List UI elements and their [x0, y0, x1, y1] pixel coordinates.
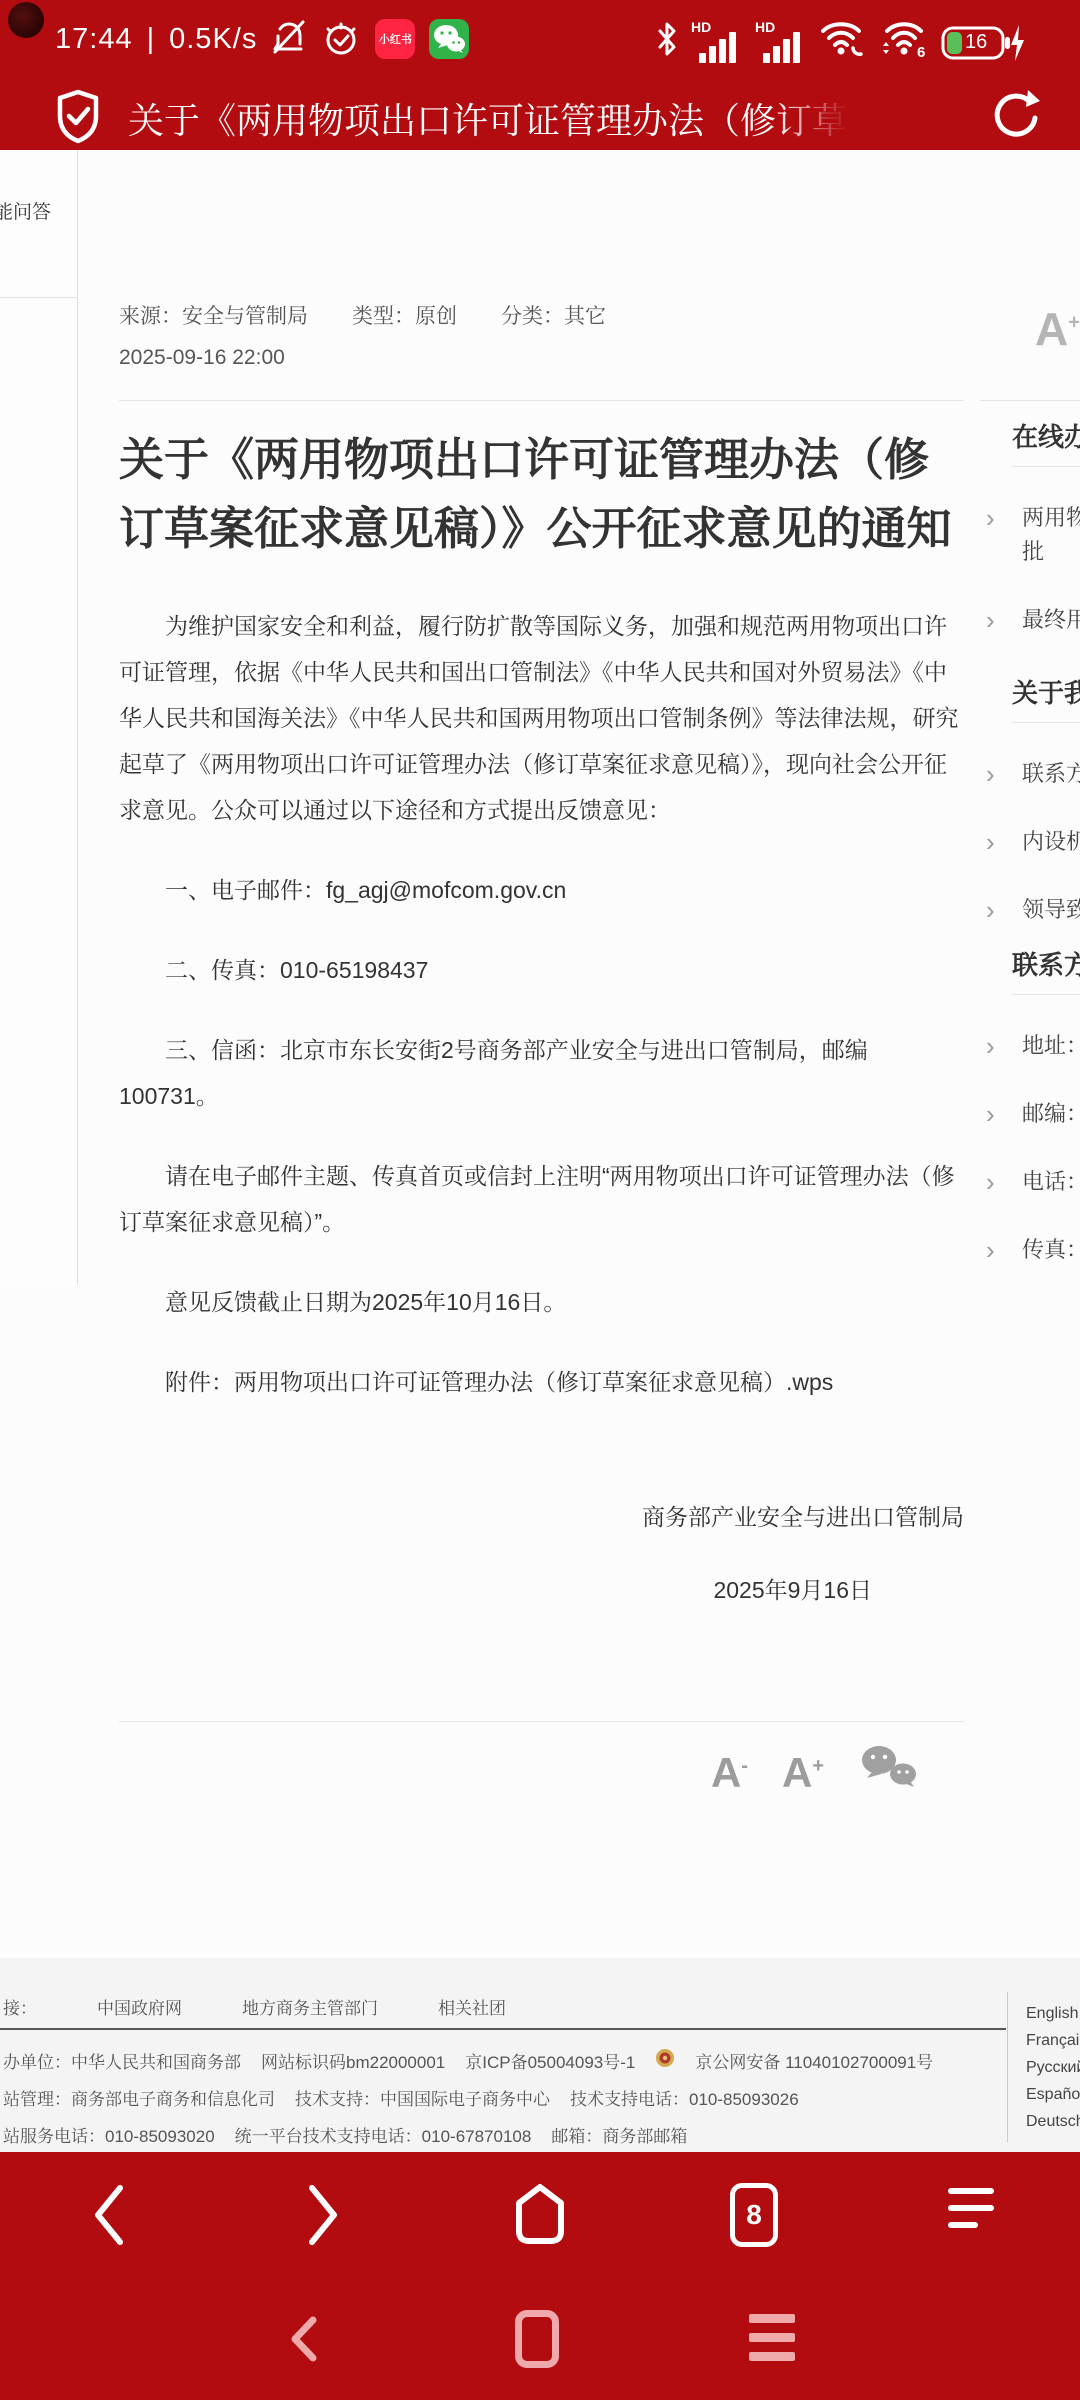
language-spanish[interactable]: Español: [1026, 2081, 1080, 2108]
footer-platform-phone: 统一平台技术支持电话：010-67870108: [235, 2122, 532, 2147]
sidebar-item-dual-use-approval[interactable]: › 两用物项出口许可审批: [1012, 501, 1080, 569]
footer-site-code: 网站标识码bm22000001: [261, 2048, 445, 2073]
phone-screen: 17:44 | 0.5K/s 小红书: [0, 0, 1080, 2400]
status-bar: 17:44 | 0.5K/s 小红书: [0, 0, 1080, 78]
left-menu-item[interactable]: 能问答: [0, 197, 51, 224]
footer-service-phone: 站服务电话：010-85093020: [3, 2122, 215, 2147]
sidebar-section-title: 联系方式: [1012, 950, 1080, 995]
wechat-app-icon: [429, 19, 469, 59]
browser-forward-icon[interactable]: [306, 2183, 342, 2252]
page-title: 关于《两用物项出口许可证管理办法（修订草: [128, 93, 848, 144]
article-title: 关于《两用物项出口许可证管理办法（修订草案征求意见稿）》公开征求意见的通知: [119, 425, 964, 563]
article-end-divider: [119, 1721, 964, 1722]
footer-link-associations[interactable]: 相关社团: [438, 1994, 506, 2019]
chevron-right-icon: ›: [986, 1097, 1012, 1131]
footer-link-local-depts[interactable]: 地方商务主管部门: [242, 1994, 378, 2019]
sidebar-item-fax[interactable]: › 传真：: [1012, 1233, 1080, 1267]
alarm-clock-icon: [321, 17, 361, 62]
xiaohongshu-app-icon: 小红书: [375, 19, 415, 59]
paragraph-deadline: 意见反馈截止日期为2025年10月16日。: [119, 1279, 964, 1325]
browser-menu-icon[interactable]: [948, 2188, 994, 2239]
mute-bell-icon: [271, 17, 307, 62]
meta-source: 来源：安全与管制局: [119, 300, 308, 330]
footer-host-org: 办单位：中华人民共和国商务部: [3, 2048, 241, 2073]
meta-type: 类型：原创: [352, 300, 457, 330]
tab-count: 8: [746, 2199, 762, 2231]
sidebar-divider: [980, 400, 1080, 401]
wechat-share-icon[interactable]: [858, 1744, 920, 1795]
battery-percent: 16: [965, 31, 987, 54]
chevron-right-icon: ›: [986, 825, 1012, 859]
chevron-right-icon: ›: [986, 1029, 1012, 1063]
footer-tech-phone: 技术支持电话：010-85093026: [570, 2085, 799, 2110]
sidebar-item-end-user-cert[interactable]: › 最终用户证明: [1012, 603, 1080, 637]
chevron-right-icon: ›: [986, 501, 1012, 569]
meta-divider: [119, 400, 964, 401]
title-fade: [776, 78, 861, 150]
footer-info: 办单位：中华人民共和国商务部 网站标识码bm22000001 京ICP备0500…: [3, 2042, 933, 2153]
sidebar-section-contact-info: 联系方式 › 地址： › 邮编： › 电话： › 传真：: [1012, 950, 1080, 1267]
sidebar-item-address[interactable]: › 地址：: [1012, 1029, 1080, 1063]
footer-police-record[interactable]: 京公网安备 11040102700091号: [695, 2048, 933, 2073]
rail-divider: [0, 297, 78, 298]
battery-indicator: 16: [941, 23, 1025, 63]
paragraph: 为维护国家安全和利益，履行防扩散等国际义务，加强和规范两用物项出口许可证管理，依…: [119, 603, 964, 833]
browser-back-icon[interactable]: [90, 2183, 126, 2252]
refresh-icon[interactable]: [988, 88, 1040, 145]
shield-check-icon: [52, 88, 104, 149]
site-footer: 接： 中国政府网 地方商务主管部门 相关社团 办单位：中华人民共和国商务部 网站…: [0, 1958, 1080, 2152]
paragraph-fax: 二、传真：010-65198437: [119, 947, 964, 993]
paragraph-note: 请在电子邮件主题、传真首页或信封上注明“两用物项出口许可证管理办法（修订草案征求…: [119, 1153, 964, 1245]
sidebar-section-title: 在线办事: [1012, 422, 1080, 467]
sidebar-item-phone[interactable]: › 电话：: [1012, 1165, 1080, 1199]
meta-datetime: 2025-09-16 22:00: [119, 346, 964, 370]
paragraph-email: 一、电子邮件：fg_agj@mofcom.gov.cn: [119, 867, 964, 913]
language-german[interactable]: Deutsch: [1026, 2108, 1080, 2135]
chevron-right-icon: ›: [986, 603, 1012, 637]
bottom-navigation: 8: [0, 2152, 1080, 2400]
footer-mailbox[interactable]: 邮箱：商务部邮箱: [551, 2122, 687, 2147]
chevron-right-icon: ›: [986, 1233, 1012, 1267]
article-body: 为维护国家安全和利益，履行防扩散等国际义务，加强和规范两用物项出口许可证管理，依…: [119, 603, 964, 1405]
left-menu-rail: 能问答: [0, 150, 78, 1285]
language-english[interactable]: English: [1026, 2000, 1080, 2027]
network-speed: 0.5K/s: [169, 23, 257, 56]
chevron-right-icon: ›: [986, 893, 1012, 927]
web-page: 能问答 来源：安全与管制局 类型：原创 分类：其它 2025-09-16 22:…: [0, 150, 1080, 1958]
browser-title-bar: 关于《两用物项出口许可证管理办法（修订草: [0, 78, 1080, 150]
language-list: English Français Русский Español Deutsch: [1026, 2000, 1080, 2135]
browser-home-icon[interactable]: [511, 2183, 569, 2252]
font-smaller-button[interactable]: A-: [711, 1745, 748, 1794]
bluetooth-icon: [655, 20, 679, 63]
wifi-calling-icon: [819, 16, 867, 63]
top-red-area: 17:44 | 0.5K/s 小红书: [0, 0, 1080, 150]
signature-org: 商务部产业安全与进出口管制局: [119, 1499, 964, 1532]
article-controls: A- A+: [119, 1744, 920, 1795]
sidebar-font-control[interactable]: A+: [1035, 302, 1080, 356]
system-recents-icon[interactable]: [515, 2310, 559, 2368]
meta-category: 分类：其它: [501, 300, 606, 330]
sidebar-item-departments[interactable]: › 内设机构: [1012, 825, 1080, 859]
footer-links-row: 接： 中国政府网 地方商务主管部门 相关社团: [3, 1994, 506, 2019]
sidebar-item-leadership[interactable]: › 领导致辞: [1012, 893, 1080, 927]
paragraph-mail: 三、信函：北京市东长安街2号商务部产业安全与进出口管制局，邮编100731。: [119, 1027, 964, 1119]
footer-site-admin: 站管理：商务部电子商务和信息化司: [3, 2085, 275, 2110]
browser-tabs-button[interactable]: 8: [730, 2183, 778, 2247]
paragraph-attachment: 附件：两用物项出口许可证管理办法（修订草案征求意见稿）.wps: [119, 1359, 964, 1405]
chevron-right-icon: ›: [986, 1165, 1012, 1199]
footer-links-label: 接：: [3, 1994, 37, 2019]
system-menu-icon[interactable]: [749, 2314, 795, 2371]
clock-time: 17:44: [55, 23, 133, 56]
sidebar-section-about-us: 关于我们 › 联系方式 › 内设机构 › 领导致辞: [1012, 678, 1080, 927]
language-divider: [1007, 1992, 1008, 2142]
sidebar-section-online-services: 在线办事 › 两用物项出口许可审批 › 最终用户证明: [1012, 422, 1080, 637]
font-larger-button[interactable]: A+: [782, 1745, 824, 1794]
article: 来源：安全与管制局 类型：原创 分类：其它 2025-09-16 22:00 关…: [119, 150, 964, 1795]
sidebar-item-zipcode[interactable]: › 邮编：: [1012, 1097, 1080, 1131]
sidebar-section-title: 关于我们: [1012, 678, 1080, 723]
police-badge-icon: [655, 2047, 675, 2074]
footer-tech-support: 技术支持：中国国际电子商务中心: [295, 2085, 550, 2110]
footer-divider: [0, 2028, 1006, 2030]
svg-text:6: 6: [917, 44, 925, 58]
sidebar-item-contact[interactable]: › 联系方式: [1012, 757, 1080, 791]
wifi6-icon: 6: [879, 16, 929, 63]
sim2-hd-signal-icon: HD: [755, 19, 807, 63]
sim1-hd-signal-icon: HD: [691, 19, 743, 63]
system-back-icon[interactable]: [288, 2316, 318, 2367]
article-meta: 来源：安全与管制局 类型：原创 分类：其它: [119, 300, 964, 330]
footer-link-gov[interactable]: 中国政府网: [97, 1994, 182, 2019]
chevron-right-icon: ›: [986, 757, 1012, 791]
footer-icp: 京ICP备05004093号-1: [465, 2048, 635, 2073]
language-russian[interactable]: Русский: [1026, 2054, 1080, 2081]
signature-date: 2025年9月16日: [119, 1572, 872, 1605]
language-french[interactable]: Français: [1026, 2027, 1080, 2054]
status-separator: |: [147, 23, 156, 56]
